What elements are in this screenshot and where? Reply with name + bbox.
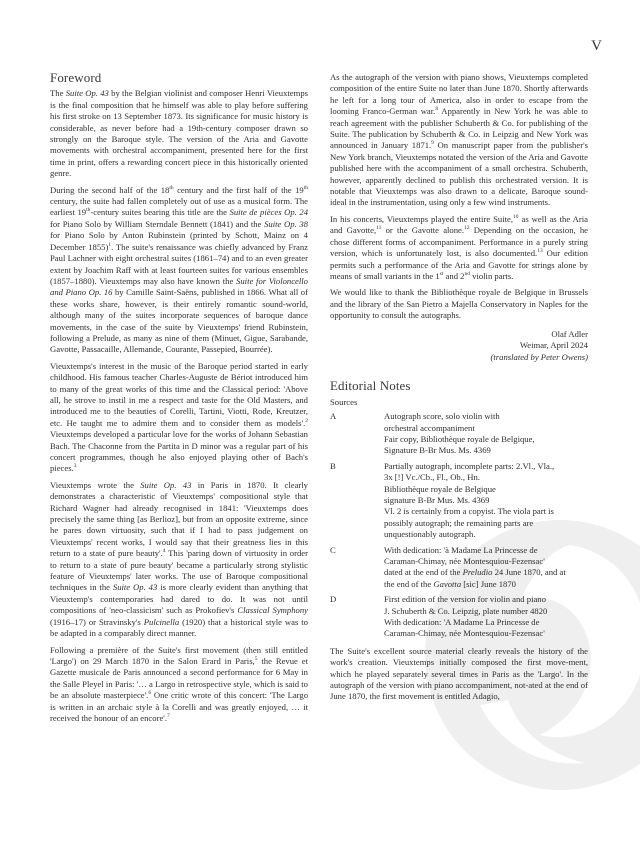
foreword-paragraph-5: Following a première of the Suite's firs… (50, 645, 308, 725)
foreword-paragraph-3: Vieuxtemps's interest in the music of th… (50, 361, 308, 475)
translator-credit: (translated by Peter Owens) (330, 352, 588, 364)
source-sigla: B (330, 461, 384, 541)
source-sigla: D (330, 594, 384, 640)
footnote-ref: 7 (167, 713, 170, 719)
source-entry-c: C With dedication: 'à Madame La Princess… (330, 545, 588, 591)
source-description: Autograph score, solo violin with orches… (384, 411, 588, 457)
foreword-paragraph-6: As the autograph of the version with pia… (330, 72, 588, 209)
author-name: Olaf Adler (330, 329, 588, 341)
foreword-paragraph-7: In his concerts, Vieuxtemps played the e… (330, 214, 588, 282)
foreword-paragraph-4: Vieuxtemps wrote the Suite Op. 43 in Par… (50, 480, 308, 640)
editorial-notes-paragraph: The Suite's excellent source material cl… (330, 646, 588, 703)
foreword-paragraph-2: During the second half of the 18th centu… (50, 185, 308, 356)
source-description: Partially autograph, incomplete parts: 2… (384, 461, 588, 541)
source-description: With dedication: 'à Madame La Princesse … (384, 545, 588, 591)
foreword-paragraph-8: We would like to thank the Bibliothèque … (330, 287, 588, 321)
source-entry-d: D First edition of the version for violi… (330, 594, 588, 640)
source-description: First edition of the version for violin … (384, 594, 588, 640)
signature-block: Olaf Adler Weimar, April 2024 (translate… (330, 329, 588, 364)
sources-label: Sources (330, 397, 588, 408)
right-column: As the autograph of the version with pia… (330, 72, 588, 708)
foreword-heading: Foreword (50, 72, 308, 83)
foreword-paragraph-1: The Suite Op. 43 by the Belgian violinis… (50, 88, 308, 179)
footnote-ref: 2 (305, 418, 308, 424)
footnote-ref: 3 (74, 463, 77, 469)
editorial-notes-heading: Editorial Notes (330, 380, 588, 391)
page-number: V (591, 38, 602, 55)
source-entry-a: A Autograph score, solo violin with orch… (330, 411, 588, 457)
source-sigla: A (330, 411, 384, 457)
left-column: Foreword The Suite Op. 43 by the Belgian… (50, 72, 308, 729)
place-date: Weimar, April 2024 (330, 340, 588, 352)
source-entry-b: B Partially autograph, incomplete parts:… (330, 461, 588, 541)
source-sigla: C (330, 545, 384, 591)
